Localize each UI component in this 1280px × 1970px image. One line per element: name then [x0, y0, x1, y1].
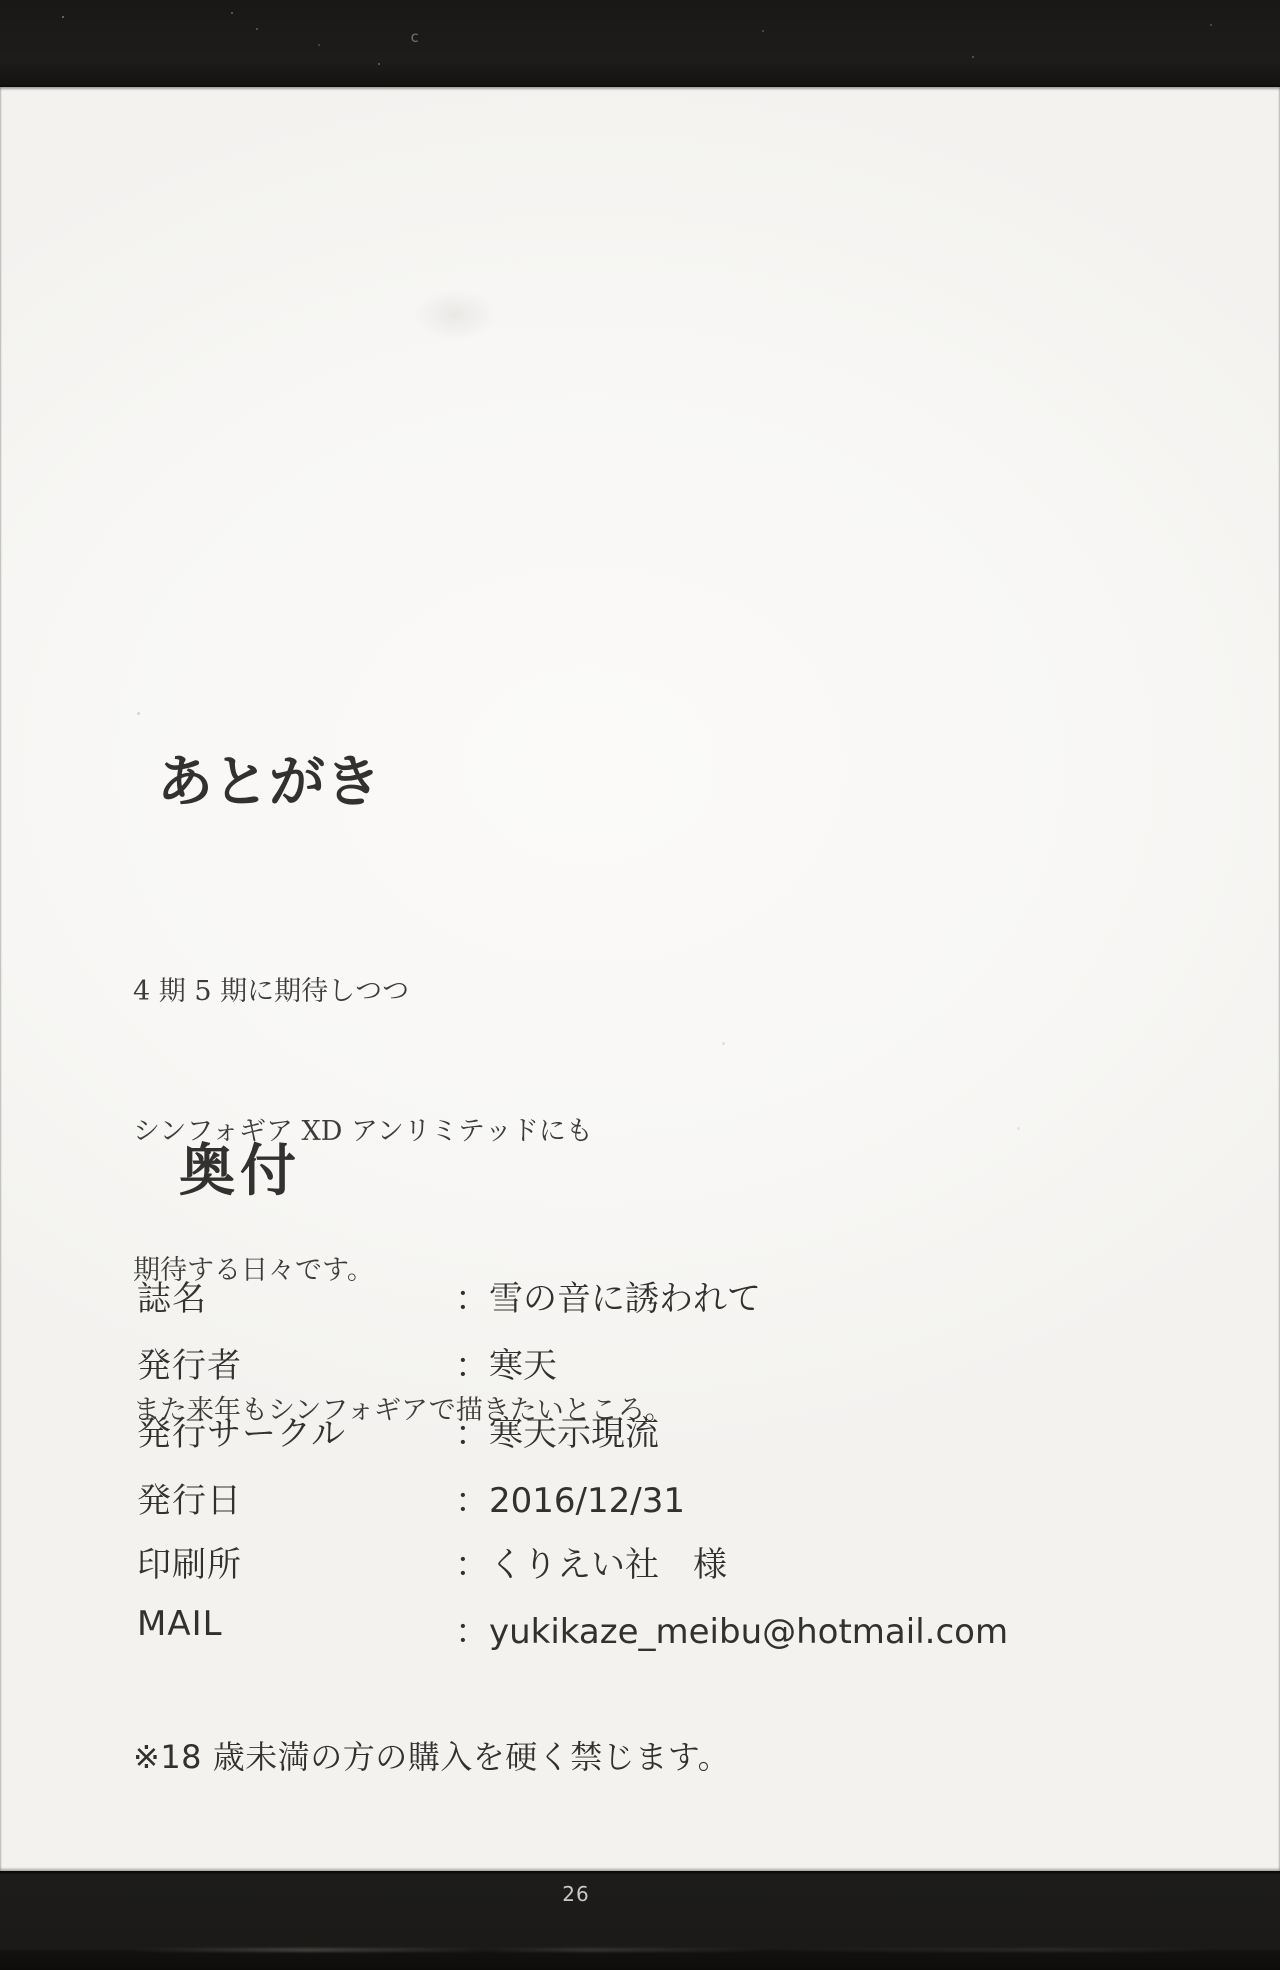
scan-dust-speckles — [62, 16, 64, 18]
colophon-label-publish-date: 発行日 — [137, 1473, 242, 1522]
doujinshi-scan-page: c あとがき 4 期 5 期に期待しつつ シンフォギア XD アンリミテッドにも… — [0, 0, 1280, 1970]
colophon-row-title: 誌名 ：雪の音に誘われて — [0, 1271, 1280, 1319]
colophon-row-publisher: 発行者 ：寒天 — [0, 1338, 1280, 1386]
colophon-label-printer: 印刷所 — [137, 1537, 242, 1586]
paper-dust-dots — [137, 712, 140, 715]
colophon-value-circle: ：寒天示現流 — [455, 1406, 659, 1455]
colophon-row-printer: 印刷所 ：くりえい社 様 — [0, 1537, 1280, 1585]
colophon-label-title: 誌名 — [137, 1271, 207, 1320]
colophon-value-printer: ：くりえい社 様 — [455, 1537, 727, 1586]
colophon-label-circle: 発行サークル — [137, 1406, 346, 1455]
colophon-row-mail: MAIL ：yukikaze_meibu@hotmail.com — [0, 1604, 1280, 1652]
colophon-label-publisher: 発行者 — [137, 1338, 242, 1387]
colophon-value-mail-address: ：yukikaze_meibu@hotmail.com — [455, 1604, 1008, 1653]
colophon-title: 奥付 — [179, 1140, 301, 1204]
afterword-title: あとがき — [157, 750, 381, 816]
scan-band-bottom — [0, 1871, 1280, 1970]
colophon-value-publish-date: ：2016/12/31 — [455, 1473, 685, 1522]
age-restriction-notice: ※18 歳未満の方の購入を硬く禁じます。 — [133, 1732, 730, 1778]
page-number: 26 — [546, 1882, 606, 1906]
colophon-label-mail: MAIL — [137, 1604, 223, 1644]
colophon-row-publish-date: 発行日 ：2016/12/31 — [0, 1473, 1280, 1521]
scan-artifact-mark: c — [410, 28, 419, 46]
scan-bottom-seam — [0, 1948, 1280, 1952]
colophon-value-publisher: ：寒天 — [455, 1338, 557, 1387]
colophon-value-title: ：雪の音に誘われて — [455, 1271, 761, 1320]
afterword-line-1: 4 期 5 期に期待しつつ — [133, 969, 672, 1016]
scan-band-top: c — [0, 0, 1280, 87]
colophon-row-circle: 発行サークル ：寒天示現流 — [0, 1406, 1280, 1454]
